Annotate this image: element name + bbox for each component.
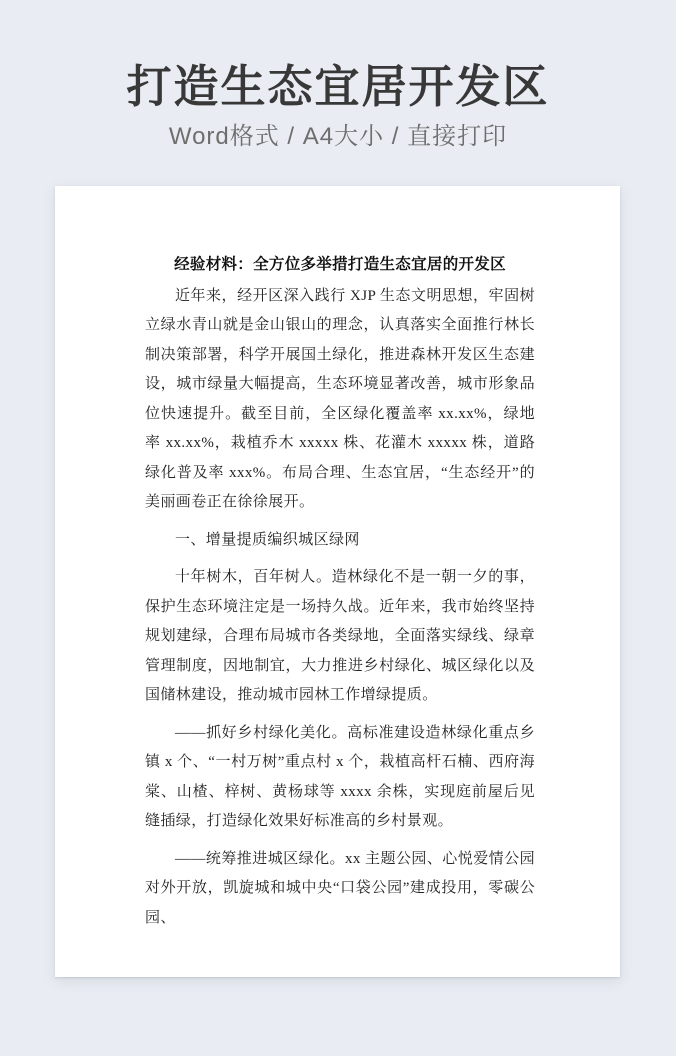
header: 打造生态宜居开发区 Word格式 / A4大小 / 直接打印 [0,0,676,154]
document-preview: 经验材料：全方位多举措打造生态宜居的开发区 近年来，经开区深入践行 XJP 生态… [55,186,620,977]
page-title: 打造生态宜居开发区 [0,60,676,114]
document-paragraph: 近年来，经开区深入践行 XJP 生态文明思想，牢固树立绿水青山就是金山银山的理念… [145,282,535,518]
document-paragraph: ——抓好乡村绿化美化。高标准建设造林绿化重点乡镇 x 个、“一村万树”重点村 x… [145,719,535,837]
page-background: { "colors": { "background": "#e9ecf2", "… [0,0,676,1056]
page-subtitle: Word格式 / A4大小 / 直接打印 [0,120,676,154]
document-title: 经验材料：全方位多举措打造生态宜居的开发区 [145,250,535,280]
document-paragraph: ——统筹推进城区绿化。xx 主题公园、心悦爱情公园对外开放，凯旋城和城中央“口袋… [145,845,535,934]
document-paragraph: 十年树木，百年树人。造林绿化不是一朝一夕的事，保护生态环境注定是一场持久战。近年… [145,563,535,711]
document-body: 经验材料：全方位多举措打造生态宜居的开发区 近年来，经开区深入践行 XJP 生态… [145,250,535,933]
section-heading: 一、增量提质编织城区绿网 [145,526,535,556]
